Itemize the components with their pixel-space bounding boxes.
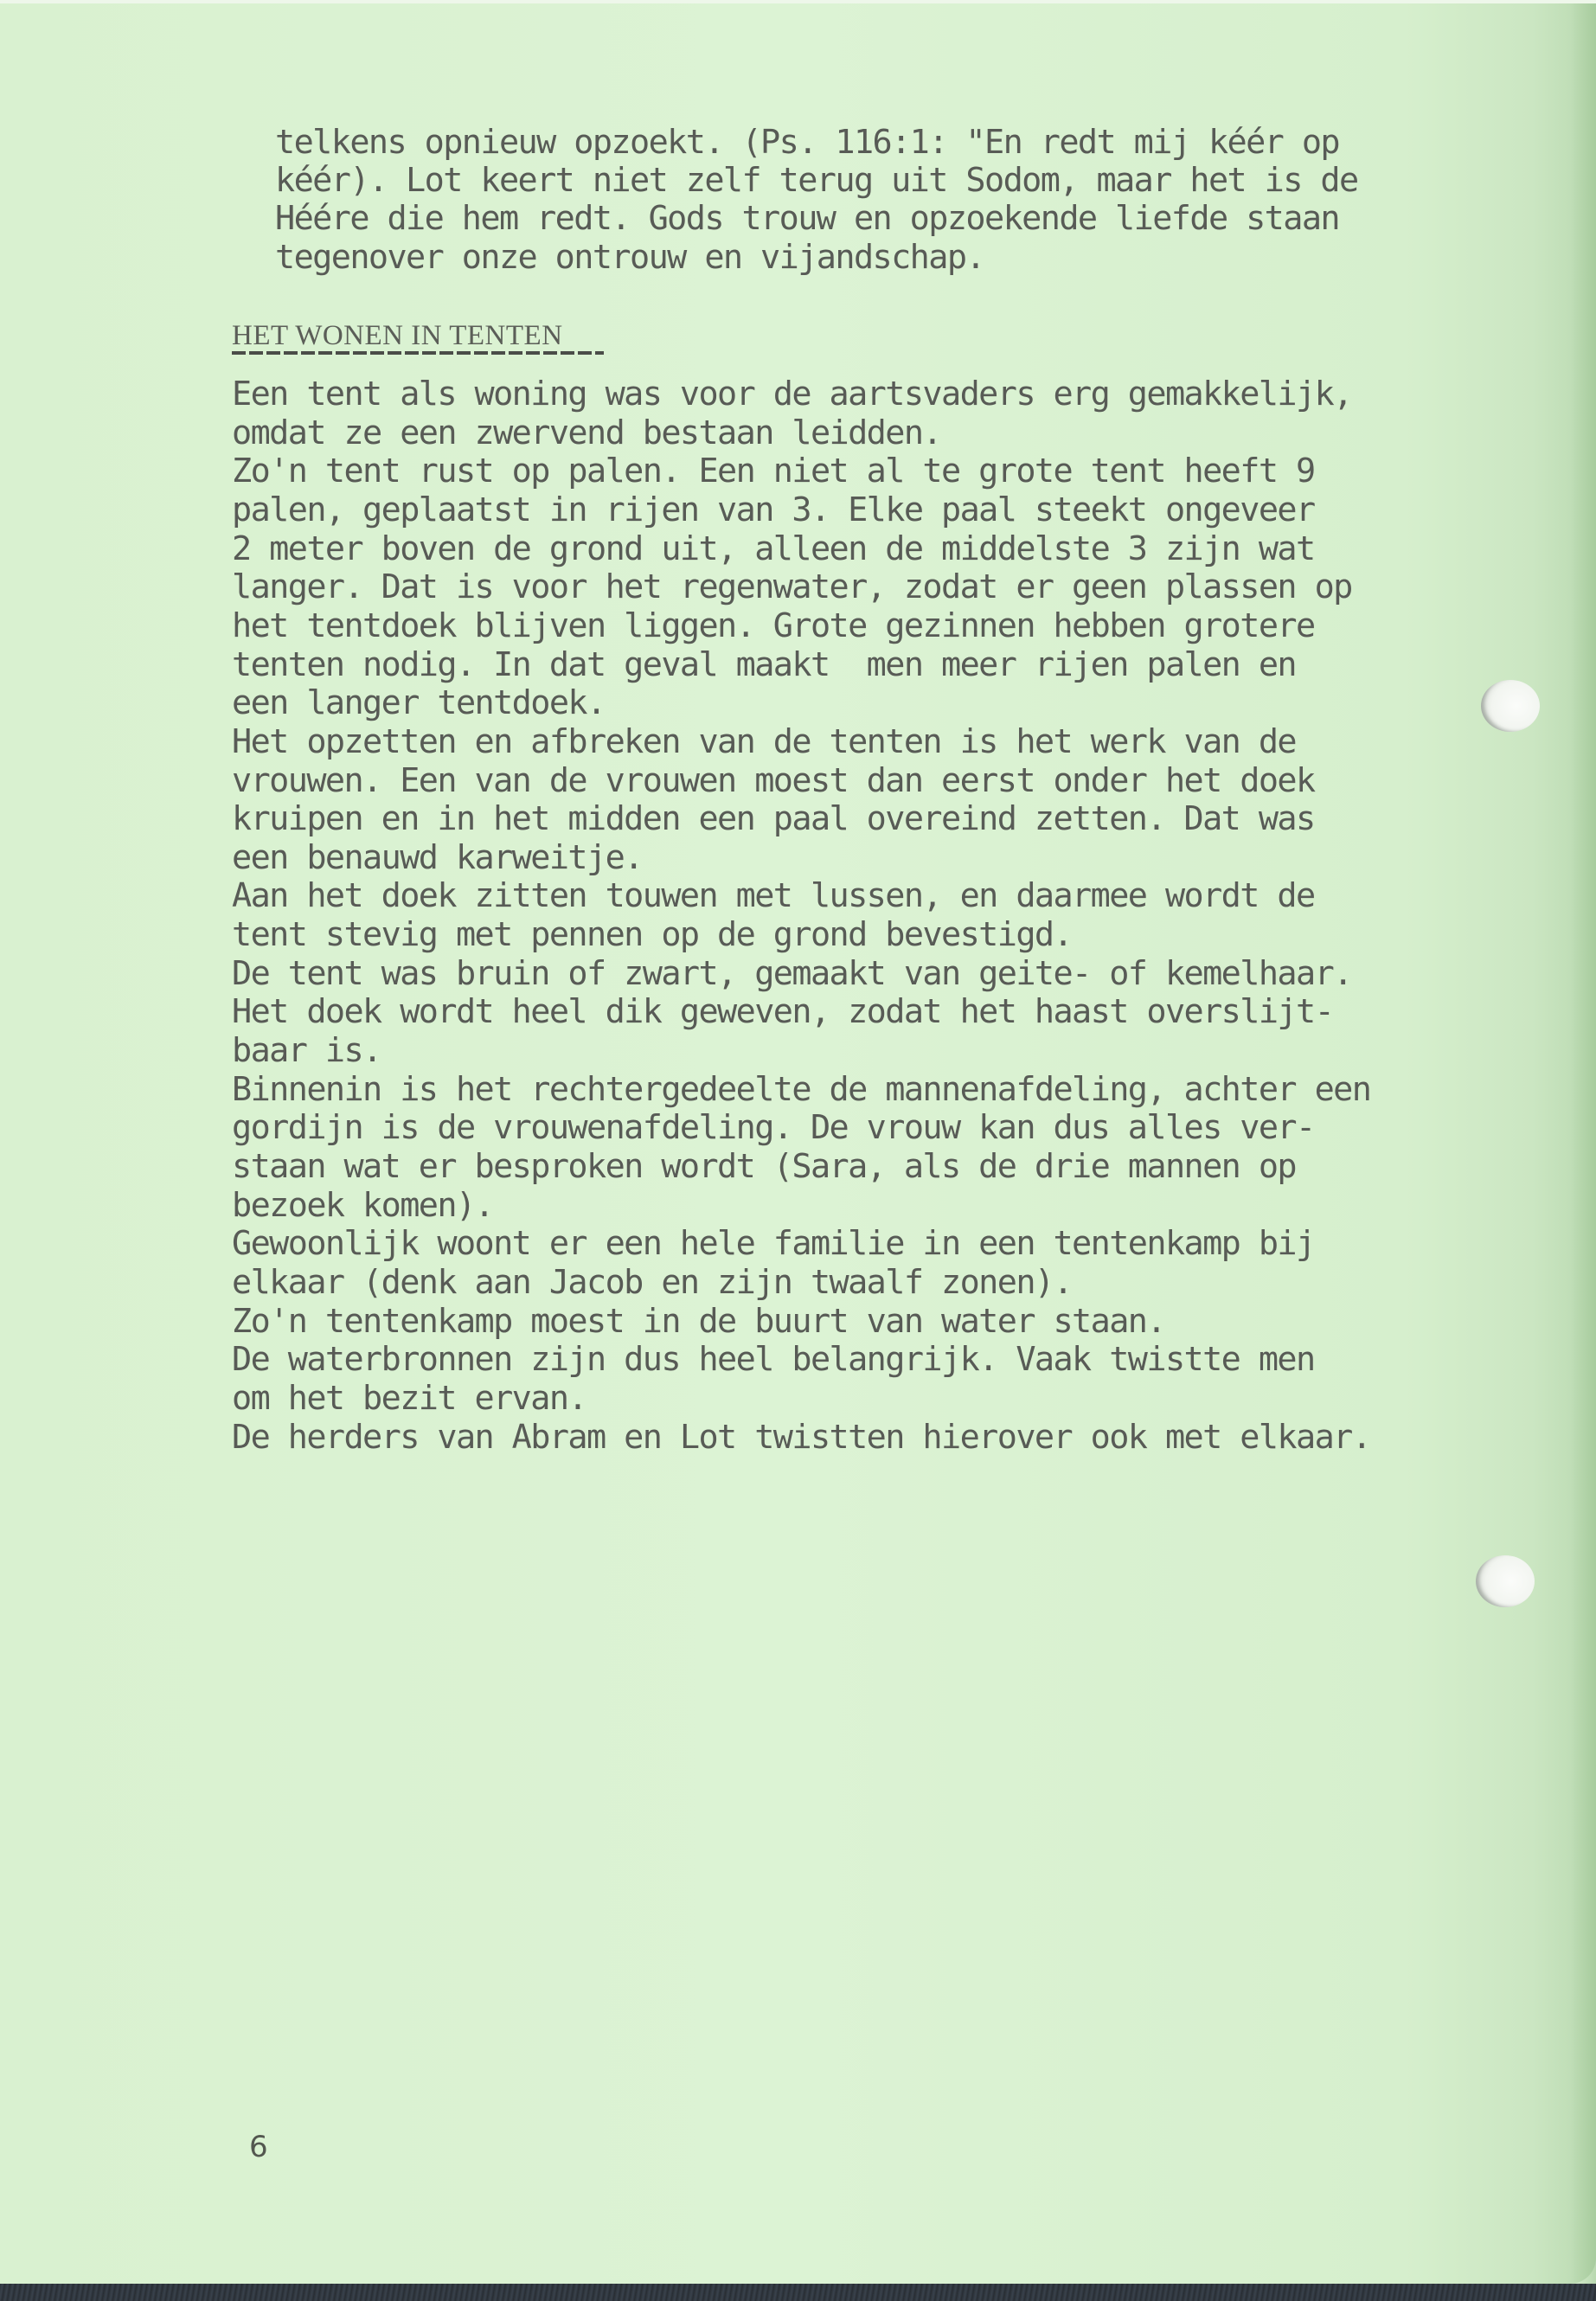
scan-background-strip bbox=[0, 2284, 1596, 2301]
body-line: Het opzetten en afbreken van de tenten i… bbox=[232, 726, 1296, 760]
body-line: het tentdoek blijven liggen. Grote gezin… bbox=[232, 610, 1315, 644]
body-line: De tent was bruin of zwart, gemaakt van … bbox=[232, 958, 1352, 991]
body-line: een langer tentdoek. bbox=[232, 687, 606, 721]
body-line: elkaar (denk aan Jacob en zijn twaalf zo… bbox=[232, 1266, 1072, 1300]
body-line: tent stevig met pennen op de grond beves… bbox=[232, 919, 1072, 952]
body-line: 2 meter boven de grond uit, alleen de mi… bbox=[232, 533, 1315, 567]
body-line: De waterbronnen zijn dus heel belangrijk… bbox=[232, 1343, 1315, 1377]
intro-line: tegenover onze ontrouw en vijandschap. bbox=[275, 241, 984, 275]
section-heading: HET WONEN IN TENTEN bbox=[232, 320, 563, 352]
body-line: bezoek komen). bbox=[232, 1189, 493, 1223]
body-line: palen, geplaatst in rijen van 3. Elke pa… bbox=[232, 494, 1315, 528]
body-line: De herders van Abram en Lot twistten hie… bbox=[232, 1421, 1370, 1455]
intro-line: Héére die hem redt. Gods trouw en opzoek… bbox=[275, 202, 1339, 236]
body-line: Een tent als woning was voor de aartsvad… bbox=[232, 378, 1352, 412]
page-edge-shadow bbox=[1570, 3, 1596, 2287]
body-line: om het bezit ervan. bbox=[232, 1382, 586, 1416]
body-line: Zo'n tentenkamp moest in de buurt van wa… bbox=[232, 1305, 1165, 1339]
body-line: langer. Dat is voor het regenwater, zoda… bbox=[232, 571, 1352, 605]
heading-underline bbox=[232, 351, 604, 355]
body-line: vrouwen. Een van de vrouwen moest dan ee… bbox=[232, 765, 1315, 798]
page-number: 6 bbox=[249, 2130, 268, 2164]
body-line: kruipen en in het midden een paal overei… bbox=[232, 803, 1315, 836]
body-line: gordijn is de vrouwenafdeling. De vrouw … bbox=[232, 1112, 1315, 1145]
body-line: omdat ze een zwervend bestaan leidden. bbox=[232, 417, 941, 451]
body-line: Binnenin is het rechtergedeelte de manne… bbox=[232, 1074, 1370, 1107]
body-line: tenten nodig. In dat geval maakt men mee… bbox=[232, 649, 1296, 683]
body-line: Het doek wordt heel dik geweven, zodat h… bbox=[232, 996, 1333, 1029]
intro-line: kéér). Lot keert niet zelf terug uit Sod… bbox=[275, 164, 1358, 198]
body-line: Zo'n tent rust op palen. Een niet al te … bbox=[232, 455, 1315, 489]
body-line: Gewoonlijk woont er een hele familie in … bbox=[232, 1227, 1315, 1261]
body-line: Aan het doek zitten touwen met lussen, e… bbox=[232, 880, 1315, 913]
body-line: staan wat er besproken wordt (Sara, als … bbox=[232, 1150, 1296, 1184]
punch-hole-icon bbox=[1476, 1555, 1535, 1607]
punch-hole-icon bbox=[1481, 680, 1540, 732]
body-line: een benauwd karweitje. bbox=[232, 842, 643, 875]
intro-line: telkens opnieuw opzoekt. (Ps. 116:1: "En… bbox=[275, 126, 1339, 160]
body-line: baar is. bbox=[232, 1035, 381, 1068]
document-page: telkens opnieuw opzoekt. (Ps. 116:1: "En… bbox=[0, 3, 1596, 2284]
